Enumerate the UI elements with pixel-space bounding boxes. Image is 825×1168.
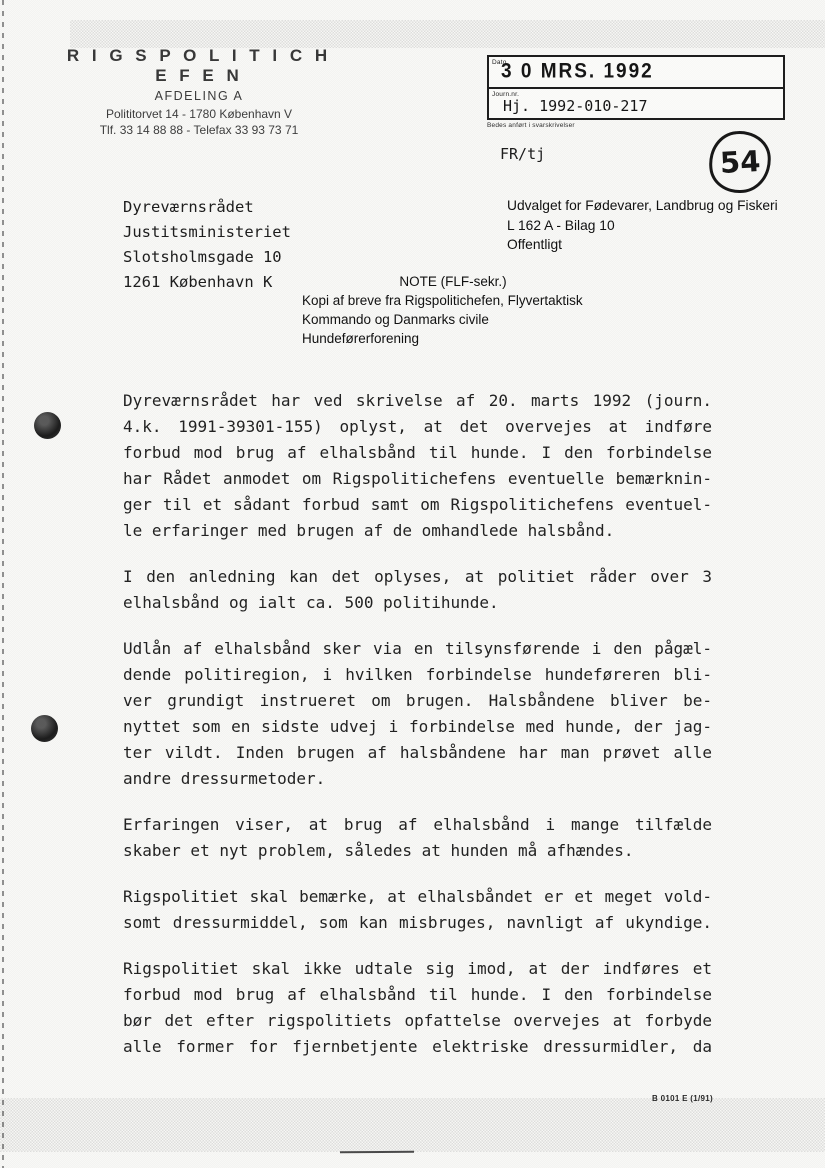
body-line: andre dressurmetoder. [123,766,712,792]
text-line: Hundeførerforening [302,329,604,348]
body-line: ter vildt. Inden brugen af halsbåndene h… [123,740,712,766]
note-annotation-block: NOTE (FLF-sekr.) Kopi af breve fra Rigsp… [302,272,604,348]
letter-body: Dyreværnsrådet har ved skrivelse af 20. … [123,388,712,1080]
letterhead-address: Polititorvet 14 - 1780 København V [55,107,343,121]
handwritten-page-number: 54 [719,144,761,180]
committee-stamp-block: Udvalget for Fødevarer, Landbrug og Fisk… [507,196,778,255]
body-line: alle former for fjernbetjente elektriske… [123,1034,712,1060]
scan-noise-band-bottom [0,1098,825,1152]
body-line: Rigspolitiet skal ikke udtale sig imod, … [123,956,712,982]
body-line: bør det efter rigspolitiets opfattelse o… [123,1008,712,1034]
note-annotation-lines: Kopi af breve fra Rigspolitichefen, Flyv… [302,291,604,348]
scanned-letter-page: R I G S P O L I T I C H E F E N AFDELING… [0,0,825,1168]
date-stamp-value: 3 0 MRS. 1992 [501,60,654,85]
journal-number-value: Hj. 1992-010-217 [503,97,648,115]
journal-number-box: Journ.nr. Hj. 1992-010-217 [487,87,785,120]
body-paragraph: Dyreværnsrådet har ved skrivelse af 20. … [123,388,712,544]
punch-hole-mark-top [34,412,61,439]
text-line: L 162 A - Bilag 10 [507,216,778,236]
body-line: forbud mod brug af elhalsbånd til hunde.… [123,440,712,466]
scan-noise-band-top [70,20,825,48]
body-paragraph: I den anledning kan det oplyses, at poli… [123,564,712,616]
header-stamp-boxes: Dato 3 0 MRS. 1992 Journ.nr. Hj. 1992-01… [487,55,785,129]
body-line: le erfaringer med brugen af de omhandled… [123,518,712,544]
body-line: har Rådet anmodet om Rigspolitichefens e… [123,466,712,492]
body-line: Udlån af elhalsbånd sker via en tilsynsf… [123,636,712,662]
handwritten-page-number-circle: 54 [706,128,773,195]
letterhead-org-name: R I G S P O L I T I C H E F E N [55,46,343,86]
body-line: skaber et nyt problem, således at hunden… [123,838,712,864]
body-paragraph: Rigspolitiet skal bemærke, at elhalsbånd… [123,884,712,936]
body-line: elhalsbånd og ialt ca. 500 politihunde. [123,590,712,616]
body-line: dende politiregion, i hvilken forbindels… [123,662,712,688]
text-line: Udvalget for Fødevarer, Landbrug og Fisk… [507,196,778,216]
text-line: Kommando og Danmarks civile [302,310,604,329]
body-paragraph: Rigspolitiet skal ikke udtale sig imod, … [123,956,712,1060]
body-line: 4.k. 1991-39301-155) oplyst, at det over… [123,414,712,440]
letterhead-department: AFDELING A [55,89,343,103]
body-paragraph: Udlån af elhalsbånd sker via en tilsynsf… [123,636,712,792]
body-line: nyttet som en sidste udvej i forbindelse… [123,714,712,740]
body-line: Erfaringen viser, at brug af elhalsbånd … [123,812,712,838]
text-line: Justitsministeriet [123,220,291,245]
body-line: Dyreværnsrådet har ved skrivelse af 20. … [123,388,712,414]
scan-line-artifact [340,1151,414,1154]
body-line: Rigspolitiet skal bemærke, at elhalsbånd… [123,884,712,910]
body-line: ver grundigt instrueret om brugen. Halsb… [123,688,712,714]
note-annotation-title: NOTE (FLF-sekr.) [302,272,604,291]
letterhead: R I G S P O L I T I C H E F E N AFDELING… [55,46,343,137]
body-paragraph: Erfaringen viser, at brug af elhalsbånd … [123,812,712,864]
text-line: Kopi af breve fra Rigspolitichefen, Flyv… [302,291,604,310]
body-line: forbud mod brug af elhalsbånd til hunde.… [123,982,712,1008]
date-box: Dato 3 0 MRS. 1992 [487,55,785,87]
body-line: somt dressurmiddel, som kan misbruges, n… [123,910,712,936]
text-line: Dyreværnsrådet [123,195,291,220]
punch-hole-mark-bottom [31,715,58,742]
recipient-address-block: DyreværnsrådetJustitsministerietSlotshol… [123,195,291,295]
form-number: B 0101 E (1/91) [652,1094,713,1103]
text-line: Offentligt [507,235,778,255]
letterhead-phone: Tlf. 33 14 88 88 - Telefax 33 93 73 71 [55,123,343,137]
text-line: Slotsholmsgade 10 [123,245,291,270]
scan-edge-artifact [2,0,4,1168]
reply-reference-note: Bedes anført i svarskrivelser [487,122,785,129]
text-line: 1261 København K [123,270,291,295]
body-line: ger til et sådant forbud samt om Rigspol… [123,492,712,518]
reference-initials: FR/tj [500,145,545,163]
body-line: I den anledning kan det oplyses, at poli… [123,564,712,590]
